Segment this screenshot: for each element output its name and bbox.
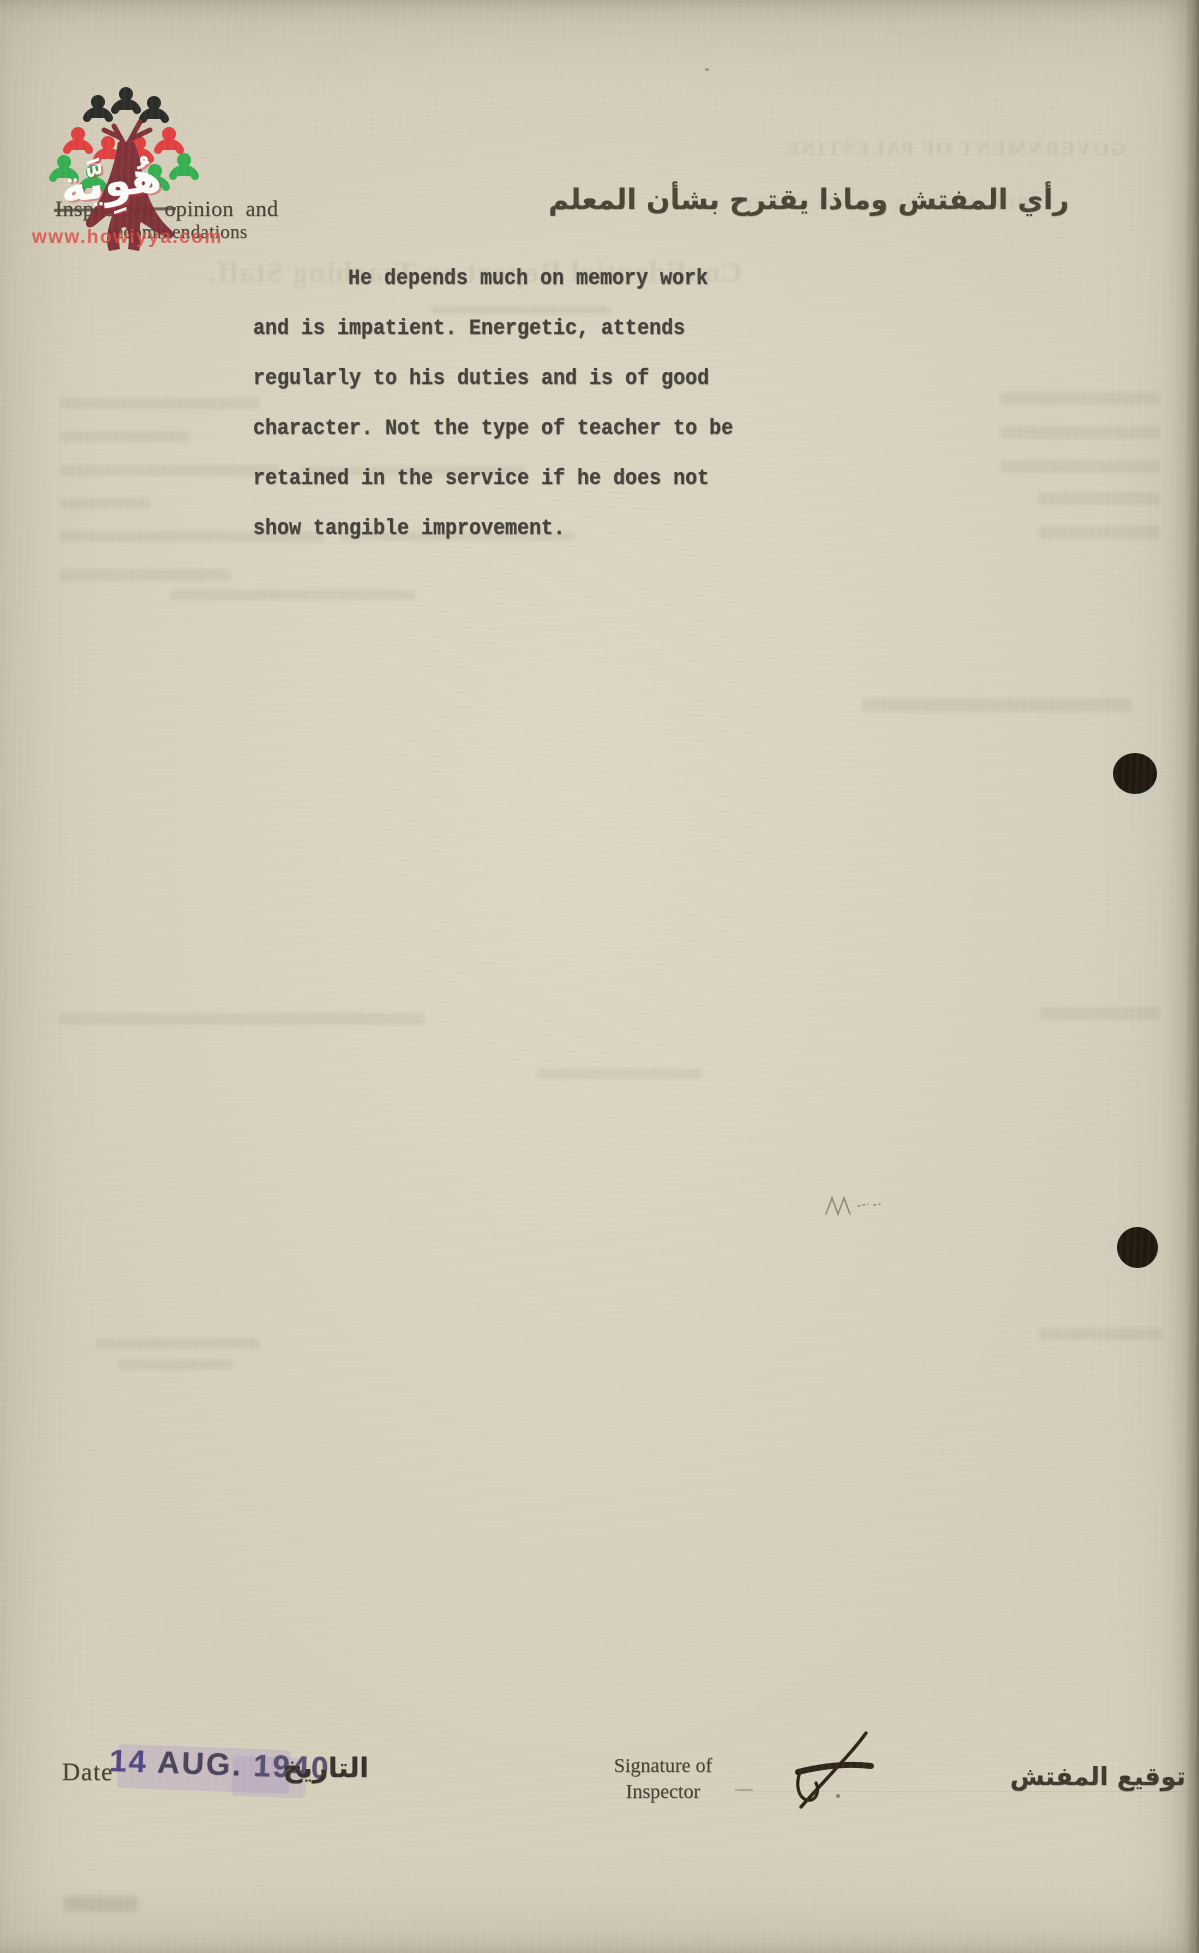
bleed-through-row: [170, 590, 415, 600]
remarks-line: character. Not the type of teacher to be: [253, 416, 733, 442]
page-edge-shadow: [1185, 0, 1199, 1953]
ink-squiggle: [824, 1192, 888, 1222]
bleed-through-row: [1038, 1328, 1163, 1340]
bleed-through-row: [862, 698, 1132, 712]
bleed-through-row: [1040, 1007, 1160, 1020]
bleed-through-row: [60, 569, 230, 581]
corner-smudge: [64, 1896, 138, 1912]
section-label-ar: رأي المفتش وماذا يقترح بشأن المعلم: [548, 183, 1069, 216]
bleed-through-row: [1000, 392, 1160, 405]
scan-artifact-line: [740, 1791, 1199, 1792]
date-label: Date: [62, 1759, 113, 1787]
remarks-line: regularly to his duties and is of good: [253, 366, 709, 392]
bleed-through-row: [537, 1069, 702, 1079]
bleed-through-row: [60, 398, 260, 409]
ink-speck: [705, 68, 709, 71]
bleed-through-row: [1000, 426, 1160, 439]
bleed-through-row: [95, 1338, 260, 1349]
bleed-through-row: [1038, 492, 1160, 505]
bleed-through-gov-line: GOVERNMENT OF PALESTINE: [780, 138, 1130, 161]
remarks-line: and is impatient. Energetic, attends: [253, 316, 685, 342]
punch-dot: [1113, 753, 1157, 794]
bleed-through-row: [60, 1013, 425, 1025]
bleed-through-row: [60, 431, 190, 442]
bleed-through-row: [1000, 460, 1160, 473]
inspector-signature: [790, 1725, 882, 1815]
signature-label-line1: Signature of: [593, 1755, 733, 1778]
stamp-day: 14: [109, 1743, 149, 1779]
punch-dot: [1117, 1227, 1158, 1268]
bleed-through-row: [1038, 526, 1160, 539]
scanned-document-page: GOVERNMENT OF PALESTINE DEPARTMENT OF ED…: [0, 0, 1199, 1953]
signature-label-ar: توقيع المفتش: [1010, 1762, 1186, 1791]
bleed-through-row: [60, 465, 280, 476]
signature-label-line2: Inspector: [593, 1781, 733, 1804]
remarks-line: He depends much on memory work: [348, 266, 708, 292]
stamp-month: AUG.: [157, 1745, 244, 1783]
bleed-through-row: [431, 306, 611, 314]
remarks-line: show tangible improvement.: [253, 516, 565, 542]
date-label-ar: التاريخ: [283, 1753, 369, 1784]
watermark-url: www.howiyya.com: [32, 227, 223, 249]
bleed-through-row: [118, 1360, 233, 1370]
remarks-line: retained in the service if he does not: [253, 466, 709, 492]
bleed-through-row: [60, 498, 150, 509]
